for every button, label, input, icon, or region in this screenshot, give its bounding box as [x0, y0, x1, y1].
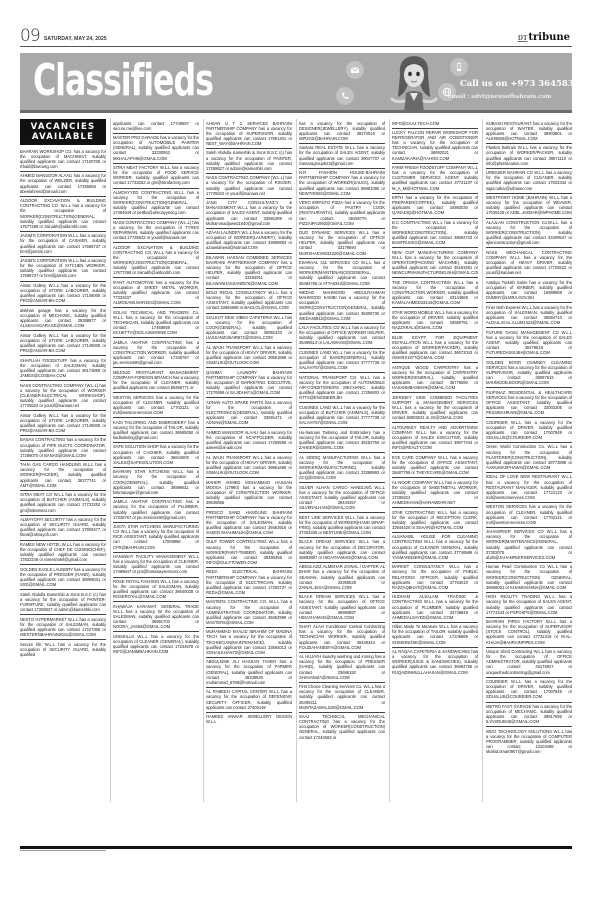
- classified-ad: NASS CONTRACTING COMPANY (W.L.L) has a v…: [20, 381, 106, 411]
- column-divider: [296, 119, 297, 802]
- classified-ad: DUO DYNAMIC SERVICES W.L.L has a vacancy…: [299, 229, 385, 259]
- classified-ad: HANSWAY FACILITY MANAGEMENT W.L.L has a …: [113, 553, 199, 578]
- classified-ad: ABDULNABI ALI HASSAN TAHER has a vacancy…: [206, 658, 292, 688]
- heading-line-2: AVAILABLE: [20, 132, 106, 142]
- classified-ad: NESTO HYPERMARKET W.L.L has a vacancy fo…: [20, 615, 106, 640]
- classified-ad: LALA FACILITIES CO W.L.L has a vacancy f…: [299, 324, 385, 349]
- classified-ad: AL WAJH TRANSPORT W.L.L has a vacancy fo…: [206, 343, 292, 368]
- classified-ad: AL SIDDIQ MANUFACTURING W.L.L has a vaca…: [299, 453, 385, 483]
- classified-ad: AZAAN LAUNDRY W.L.L has a vacancy for th…: [206, 229, 292, 254]
- classified-ad: WESTPOINT HOME (BAHRAIN) W.L.L has a vac…: [486, 194, 572, 219]
- phone-icon: [336, 87, 354, 105]
- classified-ad: Hilton Made To Measure W.L.L has a vacan…: [392, 623, 478, 648]
- classified-ad: STAR WORD MOBILE W.L.L has a vacancy for…: [392, 308, 478, 333]
- classified-ad: First Choice Cleaning Services Co. W.L.L…: [299, 683, 385, 713]
- classified-ad: ANTIQUE WOOD CARPENTRY has a vacancy for…: [392, 363, 478, 393]
- publication-date: SATURDAY, MAY 24, 2025: [44, 36, 107, 42]
- classified-ad: Finer Nish Express W.L.L has a vacancy f…: [486, 303, 572, 328]
- classified-ad: WEDAD MAHMOOD ABDULRAHMAN MAHMOOD KAMBI …: [299, 289, 385, 324]
- classified-ad: MEJOUD RESTAURANT MANAGEMENT COMPANY-FOR…: [113, 368, 199, 393]
- mail-icon: [346, 61, 364, 79]
- classified-ad: BOLD REGAL CONSULTANCY W.L.L has a vacan…: [206, 289, 292, 314]
- classified-ad: METRO FAST GARAGE has a vacancy for the …: [486, 703, 572, 728]
- classified-ad: Ansar Gallery W.L.L has a vacancy for th…: [20, 331, 106, 356]
- classified-ad: Green World Construction Co. W.L.L has a…: [486, 443, 572, 473]
- classified-ad: ALDOOR EXCAVATION & BUILDING CONTRACTING…: [113, 243, 199, 278]
- classified-ad: UNISKILLS W.L.L has a vacancy for the oc…: [113, 632, 199, 656]
- classified-ad: SUBASH RESTAURANT has a vacancy for the …: [486, 119, 572, 144]
- classified-ad: REDA ELECTRICAL BAHRAINI PARTNERSHIP COM…: [206, 568, 292, 598]
- classified-ad: Secure life W.L.L has a vacancy for the …: [20, 640, 106, 659]
- classified-ad: Antalya Turkish Salon has a vacancy for …: [486, 278, 572, 303]
- classified-ad: BEST LINE SERVICES W.L.L has a vacancy f…: [299, 513, 385, 538]
- classified-ad: ALMAYOFFI SECURITY has a vacancy for the…: [20, 516, 106, 541]
- classified-ad: AHMED MANSOOR ALAALI has a vacancy for t…: [206, 428, 292, 453]
- classified-ad: AL RABEEH CAPITAL CENTER W.L.L has a vac…: [206, 688, 292, 713]
- classified-ad: SAAJ TECHNICAL MECHANICAL CONTRACTING ha…: [299, 713, 385, 742]
- classified-ad: SITRA MEAT FACTORY W.L.L has a vacancy f…: [113, 164, 199, 189]
- classified-ad: BAHRAIN PIPES FACTORY W.L.L has a vacanc…: [486, 618, 572, 648]
- classified-ad: LUCKY FALCON REPAIR WORKSHOP FOR REFRIGE…: [392, 129, 478, 164]
- classified-ad: COUREIER W.L.L has a vacancy for the occ…: [486, 418, 572, 443]
- classified-ad: Plastics Bahrain W.L.L has a vacancy for…: [486, 144, 572, 169]
- classified-ad: AL WAJH TRANSPORT W.L.L has a vacancy fo…: [206, 453, 292, 478]
- column-2: applicants can contact 17749697 or secur…: [113, 119, 199, 802]
- classified-ad: GULF TOWER CONTRACTING W.L.L has a vacan…: [206, 538, 292, 568]
- classified-ad: AL RAQAA CAFETERIA & SANDWICHES has a va…: [392, 648, 478, 677]
- classified-ad: ERTH has a vacancy for the occupation of…: [392, 194, 478, 219]
- classified-ad: JASIM'S CORPORATION W.L.L has a vacancy …: [20, 257, 106, 282]
- classified-ad: AL HUJAYH laundry washing and ironing ha…: [299, 653, 385, 683]
- column-divider: [110, 119, 111, 802]
- classified-ad: JAMILA AKHTAR CONTRACTING has a vacancy …: [113, 338, 199, 368]
- classified-ad: AL-NOOR COMPANY W.L.L has a vacancy for …: [392, 478, 478, 508]
- classified-ad: MUHAMMAD KHALID IBRAHIM OF MADINA TECH h…: [206, 628, 292, 658]
- column-divider: [482, 119, 483, 802]
- column-3: AHSAN U T C SERVICES BAHRAINI PARTNERSHI…: [206, 119, 292, 802]
- classified-ad: NATIONAL TRANSPORT CO. W.L.L has a vacan…: [299, 373, 385, 403]
- classified-ad: ALMOAYYED CONTRACTING W.L.L has a vacanc…: [113, 189, 199, 219]
- classified-ad: ROSE ROYAL FASHION W.L.L has a vacancy f…: [113, 578, 199, 603]
- classifieds-banner: Classifieds Call us on +973 36458394 ema…: [20, 53, 572, 113]
- classified-ad: VERO IMPASTO PIZZA has a vacancy for the…: [299, 199, 385, 229]
- column-4: has a vacancy for the occupation of DESI…: [299, 119, 385, 802]
- classified-ad: MASTER PRO GARAGE has a vacancy for the …: [113, 134, 199, 164]
- classified-ad: JASIM'S CORPORATION W.L.L has a vacancy …: [20, 232, 106, 257]
- classified-ad: TAHA GAS CARGO HANDLING W.L.L has a vaca…: [20, 461, 106, 491]
- classified-ad: SIALKOT DESI VIBES CAFETERIA W.L.L has a…: [206, 314, 292, 344]
- classified-ad: FILIPINAZ RESIDENTIAL & HEALTHCARE SERVI…: [486, 388, 572, 418]
- column-divider: [203, 119, 204, 802]
- classified-ad: INFO@SAAJ.TECH.COM: [392, 119, 478, 129]
- classified-ad: Unique Shed Contracting W.L.L has a vaca…: [486, 648, 572, 678]
- classified-ad: ALTOURKEY REALTY AND ADVERTISING COMPANY…: [392, 423, 478, 453]
- column-divider: [389, 119, 390, 802]
- phone-number: Call us on +973 36458394: [460, 79, 572, 89]
- brand-prefix: DT: [518, 35, 528, 42]
- classified-ad: WESTON SERVICES has a vacancy for the oc…: [486, 503, 572, 528]
- classified-ad: BAHRAIN STAR KITCHENS W.L.L has a vacanc…: [113, 468, 199, 498]
- vacancies-heading: VACANCIES AVAILABLE: [20, 119, 106, 145]
- classified-ad: BAHRAIN WORKSHOP CO. has a vacancy for t…: [20, 147, 106, 172]
- classified-ad: BLACK DREAM SERVICES W.L.L has a vacancy…: [299, 538, 385, 563]
- classified-ad: GOLDEN EAGLE LAUNDRY has a vacancy for t…: [20, 565, 106, 590]
- classified-ad: IFANT AUTOMOTIVE has a vacancy for the o…: [113, 278, 199, 308]
- classified-ad: MARKET CONSULTANCY W.L.L has a vacancy f…: [392, 563, 478, 593]
- page-footer-rule: [20, 846, 572, 849]
- classified-ad: Saleh Abdulla Kameshki & Sons B.S.C (c) …: [20, 590, 106, 615]
- classified-ad: JUSTA STAR KITCHENS MANUFACTURING CO W.L…: [113, 523, 199, 553]
- classified-ad: QASIMA LAUNDRY BAHRAINI PARTNERSHIP COMP…: [206, 368, 292, 398]
- classified-ad: ALAJLAN CONSTRUCTION Co.W.L.L has a vaca…: [486, 219, 572, 249]
- classified-ad: NASS MECHANICAL CONTRACTING COMPANY W.L.…: [486, 248, 572, 278]
- classified-ad: IDEAL OF LOVE NEW RESTAURANT W.L.L has a…: [486, 473, 572, 503]
- column-6: SUBASH RESTAURANT has a vacancy for the …: [486, 119, 572, 802]
- classified-ad: JANG CITY CONSULTANCY & MANAGEMENT W.L.L…: [206, 199, 292, 229]
- classified-columns: VACANCIES AVAILABLE BAHRAIN WORKSHOP CO.…: [20, 119, 572, 802]
- classified-ad: STAR CONTRACTING W.L.L has a vacancy for…: [392, 508, 478, 533]
- classified-ad: applicants can contact 17749697 or secur…: [113, 119, 199, 134]
- classified-ad: BLUE EGYPT FOR EQUIPMENT INSTALLATION W.…: [392, 333, 478, 363]
- classified-ad: Human Pearl Construction Co W.L.L has a …: [486, 563, 572, 593]
- classified-ad: B.C CONTRACTING W.L.L has a vacancy for …: [392, 219, 478, 249]
- classified-ad: BILAWAN HASSAN COMBINED SERVICES BAHRAIN…: [206, 254, 292, 289]
- contact-email: email : advt@newsofbahrain.com: [448, 94, 551, 100]
- classified-ad: NASS CONTRACTING COMPANY (W.L.L) has a v…: [113, 219, 199, 244]
- newspaper-logo: DTtribune: [518, 32, 570, 43]
- page-header: 09 SATURDAY, MAY 24, 2025 DTtribune: [20, 27, 572, 47]
- classified-ad: HAMEEZ ANWAR JEWELLERY DESIGN W.L.L: [206, 713, 292, 727]
- classified-ad: Ansar Gallery W.L.L has a vacancy for th…: [20, 411, 106, 436]
- classified-ad: FRESCO SAND HANDLING BAHRAINI PARTNERSHI…: [206, 508, 292, 538]
- classified-ad: NASS CONTRACTING COMPANY (W.L.L) has a v…: [206, 174, 292, 199]
- classified-ad: N.R FASHION HOUSE-BAHRAINI PARTNERSHIP C…: [299, 169, 385, 199]
- classified-ad: BLACK DREAM SERVICES W.L.L has a vacancy…: [299, 593, 385, 623]
- classified-ad: alskhas garage has a vacancy for the occ…: [20, 306, 106, 331]
- classified-ad: KHAWAJA KARAMAT GENERAL TRADE W.L.L has …: [113, 602, 199, 632]
- classified-ad: EYE CARE COMPANY W.L.L has a vacancy for…: [392, 453, 478, 478]
- classified-ad: THE ORISSA CONTRACTING W.L.L has a vacan…: [392, 278, 478, 308]
- classified-ad: GOLDEN BOOR CHIMNEY CLEANING SERVICES ha…: [486, 358, 572, 388]
- classified-ad: ALSANABIL HOUSE FOR CLEANING CONTRACTING…: [392, 533, 478, 563]
- classified-ad: URBASER BAHRAIN CO W.L.L has a vacancy f…: [486, 169, 572, 194]
- classified-ad: HIGH REALITY TRADING W.L.L has a vacancy…: [486, 593, 572, 618]
- classified-ad: SITRA MEAT CO W.L.L has a vacancy for th…: [20, 491, 106, 516]
- classified-ad: JAMILA AKHTAR CONTRACTING has a vacancy …: [113, 498, 199, 523]
- classified-ad: SILVER ALHAN CARGO HANDLING W.L.L has a …: [299, 483, 385, 513]
- classified-ad: Saleh Abdulla Kameshki & Sons B.S.C (c) …: [206, 149, 292, 174]
- classified-ad: KADI TAILORING AND EMBROIDERY has a vaca…: [113, 418, 199, 443]
- classified-ad: JAHANPEER SERVICES CO W.L.L has a vacanc…: [486, 528, 572, 563]
- classified-ad: ALDOOR EXCAVATION & BUILDING CONTRACTING…: [20, 197, 106, 232]
- classified-ad: ADNAN AUTO SPARE PARTS has a vacancy for…: [206, 398, 292, 428]
- classified-ad: Hu-hasnain Tailoring and Embroidery has …: [299, 428, 385, 453]
- classified-ad: COUREIER W.L.L has a vacancy for the occ…: [486, 678, 572, 703]
- classified-ad: RAMES NEW HOTEL W.L.L has a vacancy for …: [20, 541, 106, 566]
- classified-ad: SAFE SOLUTION SHOP has a vacancy for the…: [113, 443, 199, 468]
- classified-ad: MAHER AHMED MOHAMMAD HASSAN MOOSA (17980…: [206, 478, 292, 508]
- heading-line-1: VACANCIES: [20, 122, 106, 132]
- classified-ad: BANAS CONTRACTING has a vacancy for the …: [20, 436, 106, 461]
- classified-ad: has a vacancy for the occupation of DESI…: [299, 119, 385, 144]
- classified-ad: NEW CUP MANUFACTURING COMPANY W.L.L has …: [392, 248, 478, 278]
- classified-ad: SOLAS TECHNICAL AND TRADERS Co. W.L.L ha…: [113, 308, 199, 338]
- section-title: Classifieds: [33, 53, 213, 111]
- mascot-illustration: [390, 53, 438, 113]
- classified-ad: FARM FRESH FOODSTUFF COMPANY W.L.L has a…: [392, 164, 478, 194]
- classified-ad: WOO TECHNOLOGY SOLUTIONS W.L.L has a vac…: [486, 727, 572, 756]
- classified-ad: ESHRAAL 411 SERVICES CO W.L.L has a vaca…: [299, 259, 385, 289]
- classified-ad: SHAFI ALAH Conditioner Central Contracti…: [299, 623, 385, 653]
- classified-ad: FUTURE OASIS MANAGEMENT CO W.L.L has a v…: [486, 328, 572, 358]
- classified-ad: WESTON SERVICES has a vacancy for the oc…: [113, 393, 199, 418]
- column-5: INFO@SAAJ.TECH.COMLUCKY FALCON REPAIR WO…: [392, 119, 478, 802]
- column-1: VACANCIES AVAILABLE BAHRAIN WORKSHOP CO.…: [20, 119, 106, 802]
- classified-ad: CUISINES LAND W.L.L has a vacancy for th…: [299, 349, 385, 374]
- classified-ad: SHAFLIAH FOODSTUFF has a vacancy for the…: [20, 356, 106, 381]
- classified-ad: CUISINES LAND W.L.L has a vacancy for th…: [299, 403, 385, 428]
- mobile-icon: [450, 58, 468, 76]
- classified-ad: MASTERS CONTRACTING CO. W.L.L has a vaca…: [206, 598, 292, 628]
- classified-ad: ABDULAZIZ ALMEHAR ZAINAL / DAFTER AL BHA…: [299, 563, 385, 593]
- classified-ad: Ansar Gallery W.L.L has a vacancy for th…: [20, 282, 106, 307]
- classified-ad: Santara REAL ESTATE W.L.L has a vacancy …: [299, 144, 385, 169]
- brand-name: tribune: [528, 32, 570, 43]
- classified-ad: JOHNNEY SINS COMBINED FACILITIES SUPPORT…: [392, 393, 478, 423]
- page-footer-rule-accent: [20, 850, 106, 851]
- page-number: 09: [20, 27, 40, 46]
- classified-ad: AHSAN U T C SERVICES BAHRAINI PARTNERSHI…: [206, 119, 292, 149]
- classified-ad: HUDHAM ALSALAM TRADING & CONTRACTING W.L…: [392, 593, 478, 623]
- classified-ad: AHMED MANSOOR ALAALI has a vacancy for t…: [20, 172, 106, 197]
